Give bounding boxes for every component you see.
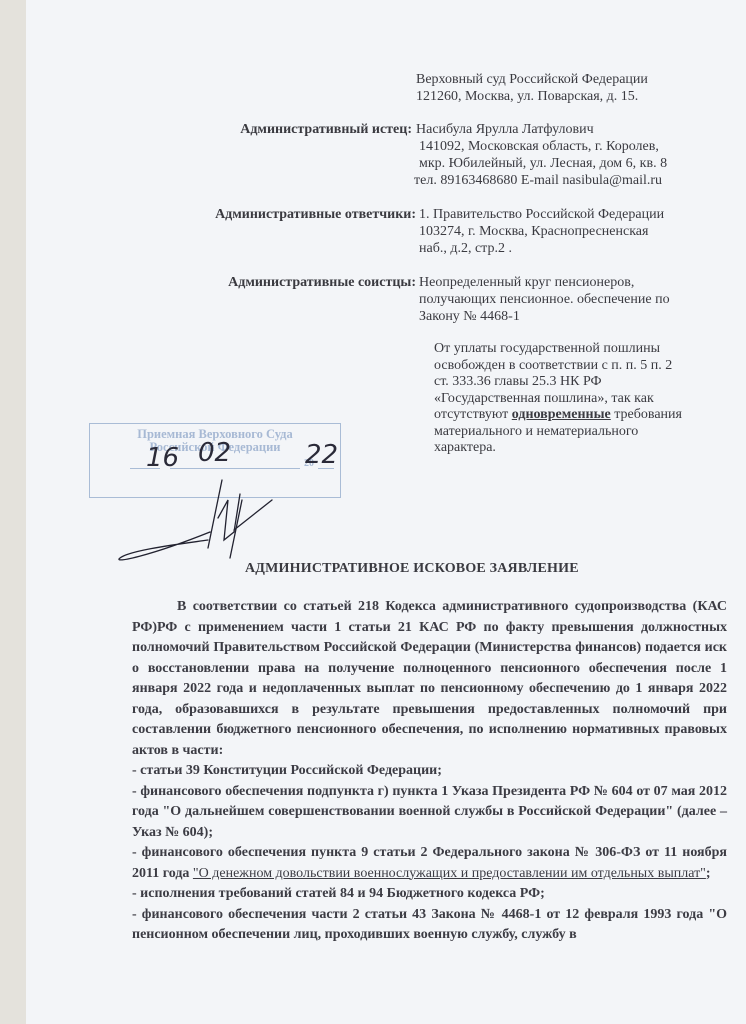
coplaintiffs-line-1: Неопределенный круг пенсионеров, xyxy=(419,275,634,292)
claim-item: - исполнения требований статей 84 и 94 Б… xyxy=(132,884,727,905)
plaintiff-address-1: 141092, Московская область, г. Королев, xyxy=(419,139,659,156)
fee-exemption-note: От уплаты государственной пошлины освобо… xyxy=(434,341,682,457)
defendant-1: 1. Правительство Российской Федерации xyxy=(419,207,664,224)
claim-item: - финансового обеспечения подпункта г) п… xyxy=(132,782,727,844)
fee-note-line: От уплаты государственной пошлины xyxy=(434,341,682,358)
scan-edge xyxy=(0,0,26,1024)
plaintiff-label: Административный истец: xyxy=(240,122,412,139)
addressee-address: 121260, Москва, ул. Поварская, д. 15. xyxy=(416,89,638,106)
document-title: АДМИНИСТРАТИВНОЕ ИСКОВОЕ ЗАЯВЛЕНИЕ xyxy=(245,561,579,577)
fee-note-line: отсутствуют одновременные требования xyxy=(434,407,682,424)
claim-intro: В соответствии со статьей 218 Кодекса ад… xyxy=(132,597,727,761)
fee-note-text: требования xyxy=(611,407,682,422)
addressee-name: Верховный суд Российской Федерации xyxy=(416,72,648,89)
signature-icon xyxy=(110,470,280,565)
plaintiff-contact: тел. 89163468680 E-mail nasibula@mail.ru xyxy=(414,173,662,190)
stamp-year-handwritten: 22 xyxy=(305,440,338,470)
claim-item: - статьи 39 Конституции Российской Федер… xyxy=(132,761,727,782)
coplaintiffs-label: Административные соистцы: xyxy=(228,275,416,292)
claim-item: - финансового обеспечения части 2 статьи… xyxy=(132,905,727,946)
plaintiff-address-2: мкр. Юбилейный, ул. Лесная, дом 6, кв. 8 xyxy=(419,156,667,173)
fee-note-line: характера. xyxy=(434,440,682,457)
stamp-month-line xyxy=(170,468,300,469)
defendants-label: Административные ответчики: xyxy=(215,207,416,224)
law-title-underlined: "О денежном довольствии военнослужащих и… xyxy=(193,866,706,881)
fee-note-line: материального и нематериального xyxy=(434,424,682,441)
stamp-month-handwritten: 02 xyxy=(198,438,231,468)
coplaintiffs-line-3: Закону № 4468-1 xyxy=(419,309,520,326)
defendant-address-2: наб., д.2, стр.2 . xyxy=(419,241,512,258)
claim-body: В соответствии со статьей 218 Кодекса ад… xyxy=(132,597,727,946)
fee-note-line: освобожден в соответствии с п. п. 5 п. 2 xyxy=(434,358,682,375)
fee-note-line: «Государственная пошлина», так как xyxy=(434,391,682,408)
fee-note-text: отсутствуют xyxy=(434,407,512,422)
claim-item-text: ; xyxy=(706,866,711,881)
plaintiff-name: Насибула Ярулла Латфулович xyxy=(416,122,594,139)
stamp-day-handwritten: 16 xyxy=(146,443,179,473)
defendant-address-1: 103274, г. Москва, Краснопресненская xyxy=(419,224,648,241)
fee-note-line: ст. 333.36 главы 25.3 НК РФ xyxy=(434,374,682,391)
claim-item: - финансового обеспечения пункта 9 стать… xyxy=(132,843,727,884)
fee-note-emphasis: одновременные xyxy=(512,407,611,422)
coplaintiffs-line-2: получающих пенсионное. обеспечение по xyxy=(419,292,670,309)
